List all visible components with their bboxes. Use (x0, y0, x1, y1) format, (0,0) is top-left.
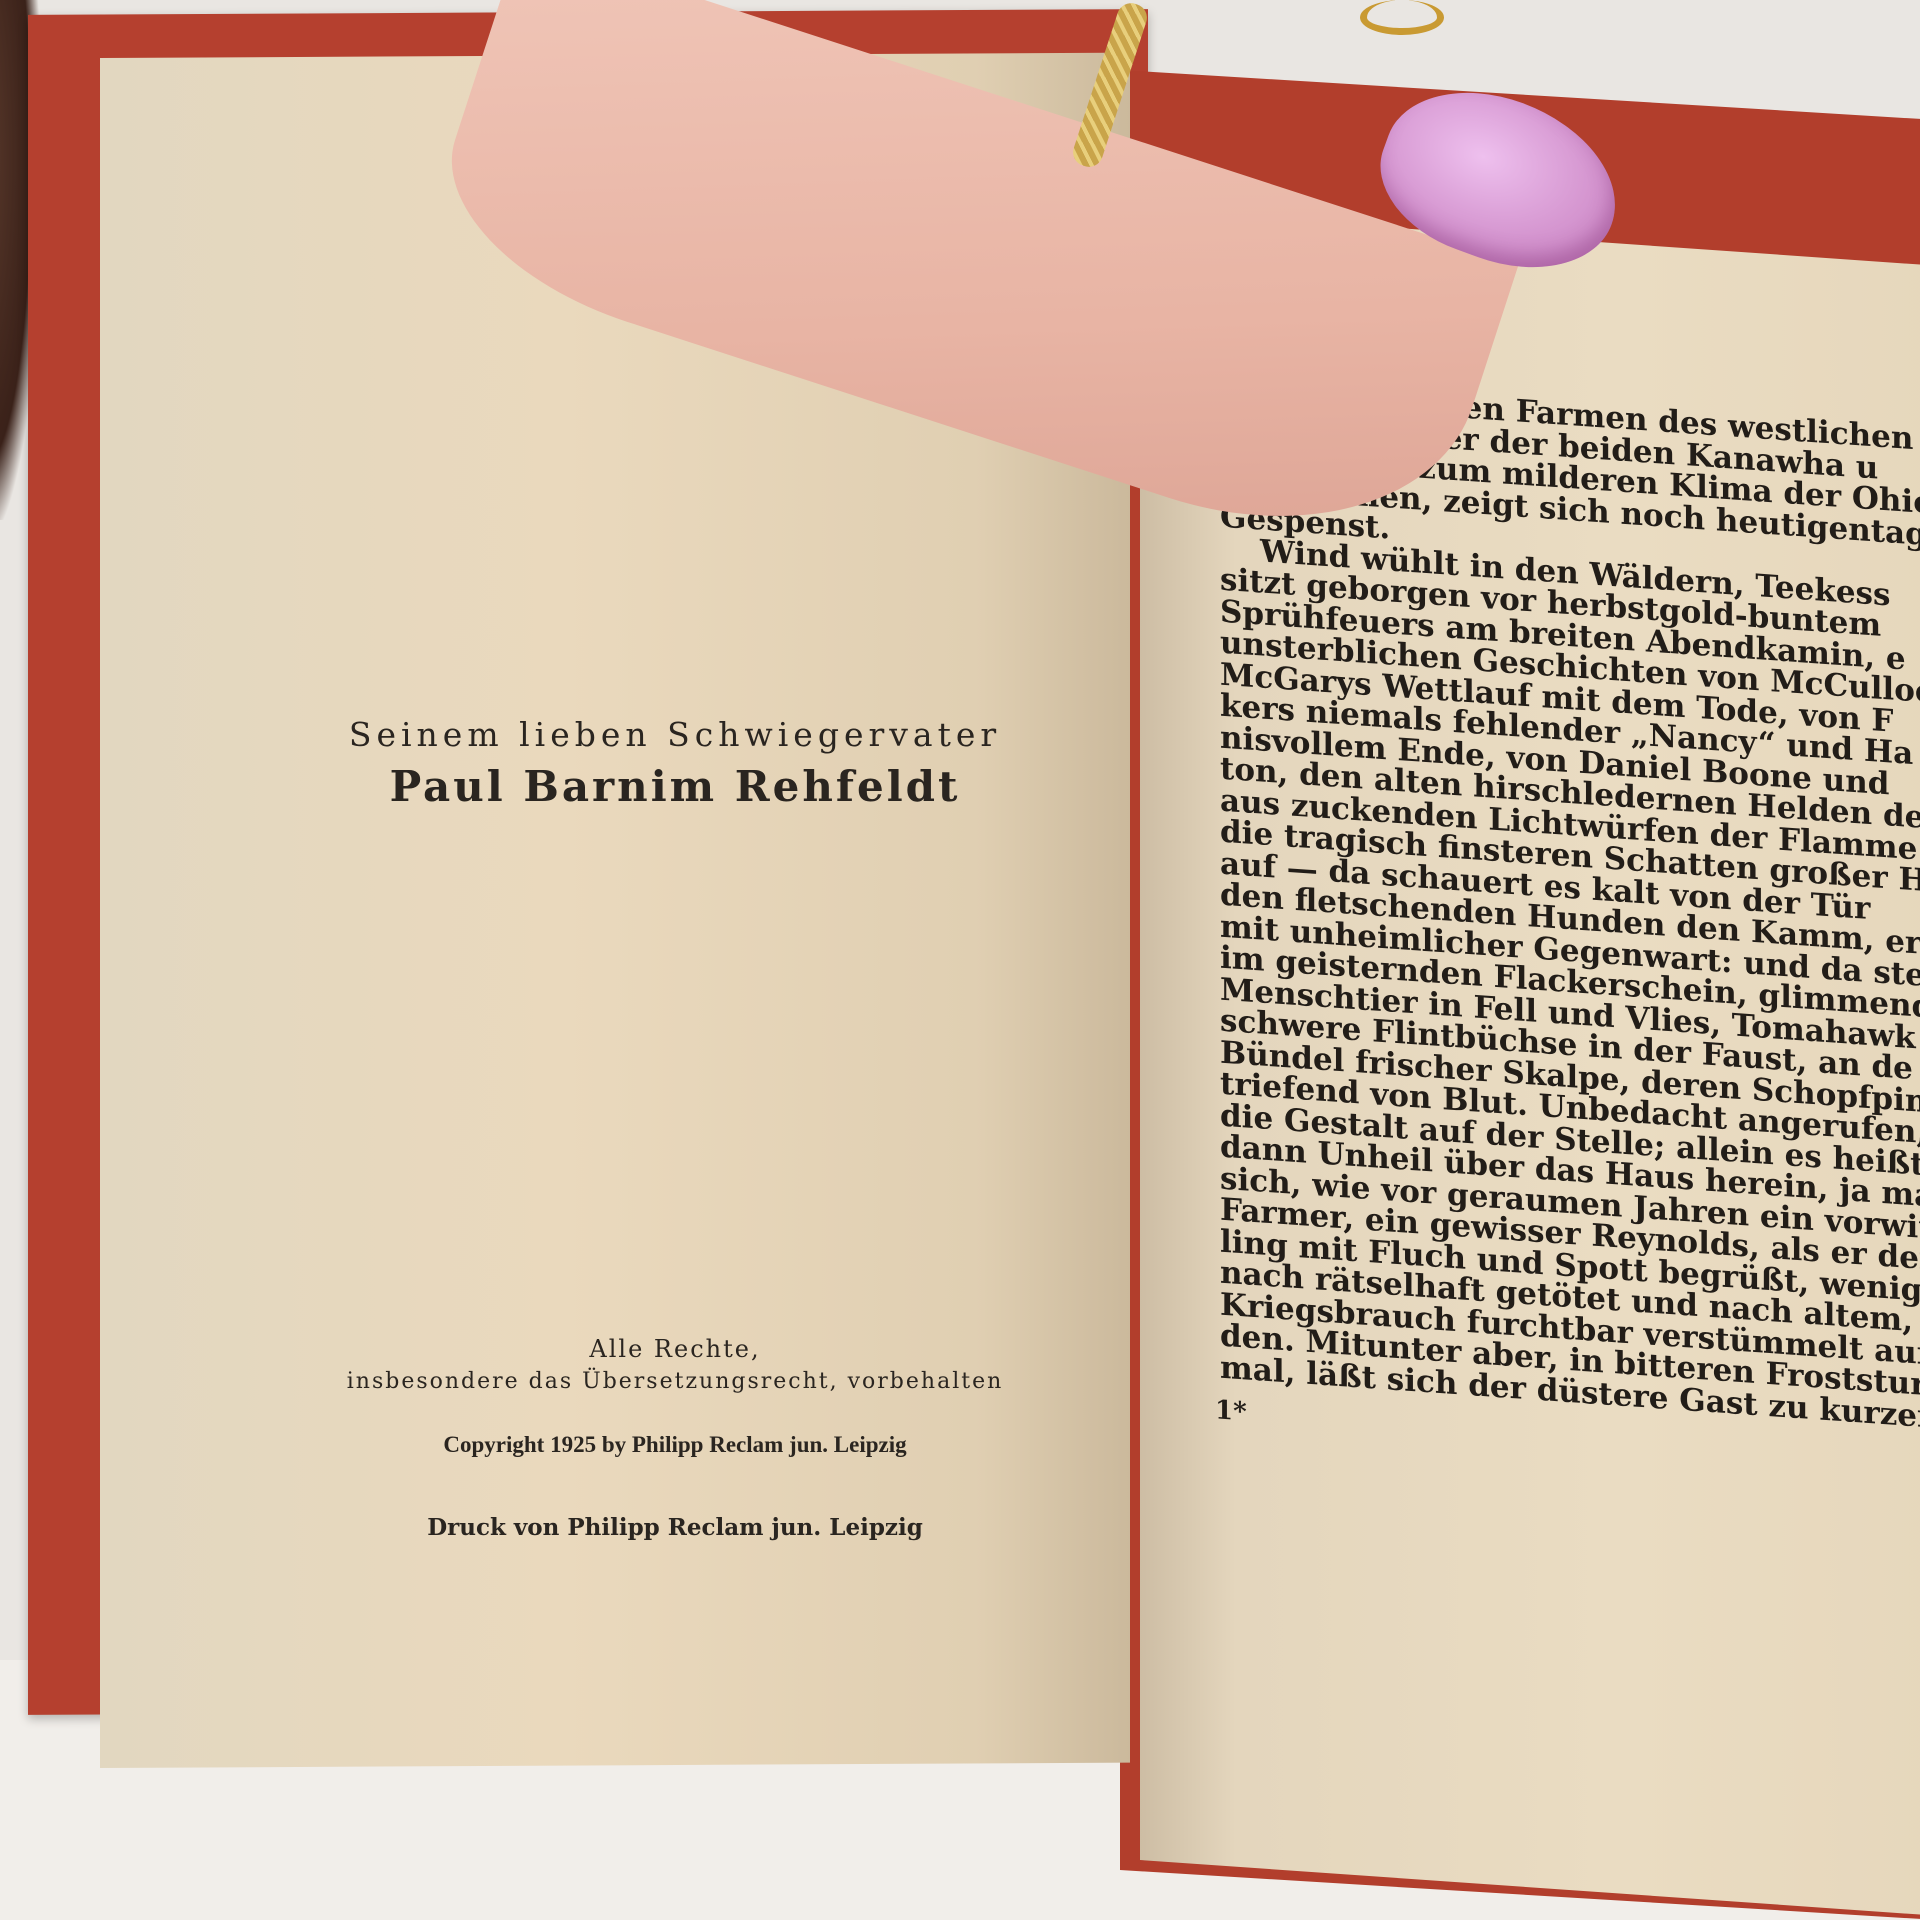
gold-ring-2 (1360, 0, 1444, 35)
signature-mark: 1* (1215, 1395, 1247, 1427)
body-text: A uf einsamen Farmen des westlichen die … (1220, 376, 1920, 1447)
